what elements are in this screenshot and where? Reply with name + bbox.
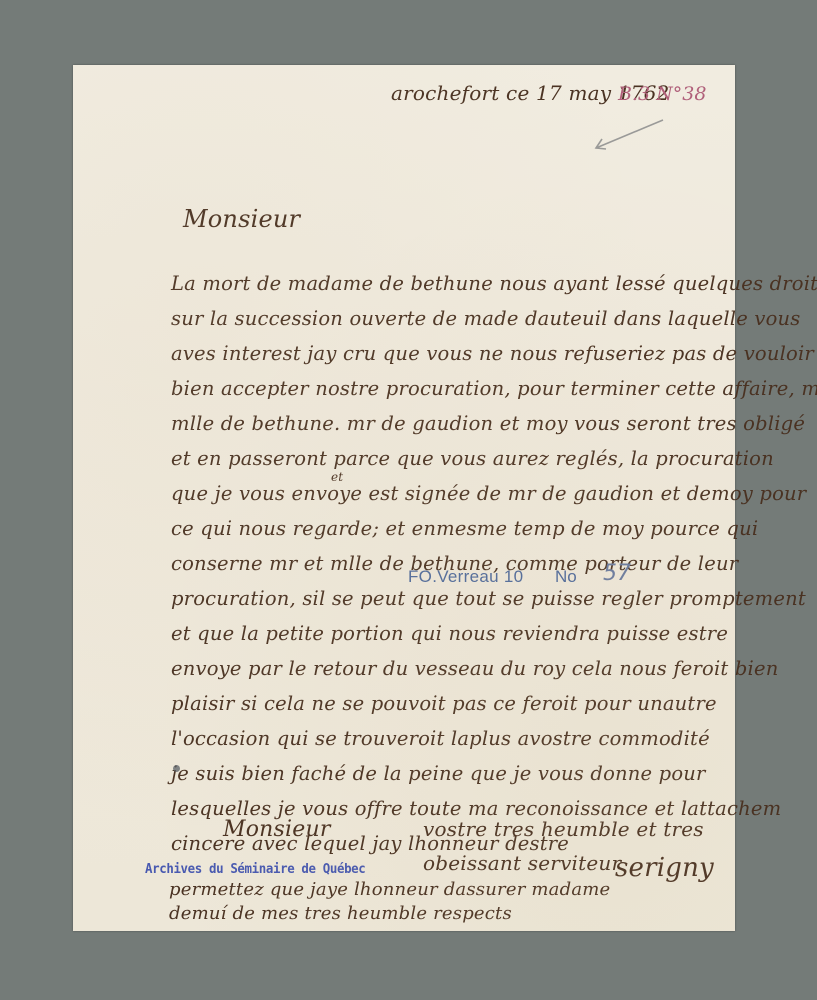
catalog-reference: B.3 N°38 [618, 83, 706, 105]
closing-line: obeissant serviteur [423, 851, 621, 875]
pencil-arrow-icon [588, 115, 668, 155]
body-line: et en passeront parce que vous aurez reg… [171, 447, 774, 470]
body-line: que je vous envoye est signée de mr de g… [171, 482, 806, 505]
body-line: plaisir si cela ne se pouvoit pas ce fer… [171, 692, 717, 715]
body-line: sur la succession ouverte de made dauteu… [171, 307, 800, 330]
interlinear-insertion: et [331, 470, 343, 484]
number-value-stamp: 57 [603, 561, 631, 586]
salutation: Monsieur [183, 205, 300, 233]
verreau-stamp: FO.Verreau 10 [408, 567, 523, 587]
body-line: l'occasion qui se trouveroit laplus avos… [171, 727, 710, 750]
body-line: je suis bien faché de la peine que je vo… [171, 762, 706, 785]
margin-ink-mark [173, 765, 180, 772]
body-line: La mort de madame de bethune nous ayant … [171, 272, 817, 295]
signature: serigny [615, 853, 714, 883]
body-line: envoye par le retour du vesseau du roy c… [171, 657, 778, 680]
letter-page: arochefort ce 17 may 1762 B.3 N°38 Monsi… [73, 65, 735, 931]
body-line: procuration, sil se peut que tout se pui… [171, 587, 806, 610]
body-line: ce qui nous regarde; et enmesme temp de … [171, 517, 758, 540]
closing-line: vostre tres heumble et tres [423, 817, 704, 841]
postscript-line: demuí de mes tres heumble respects [169, 903, 512, 924]
body-line: et que la petite portion qui nous revien… [171, 622, 728, 645]
number-label-stamp: No [555, 567, 577, 587]
body-line: bien accepter nostre procuration, pour t… [171, 377, 817, 400]
closing-salutation: Monsieur [223, 817, 331, 842]
postscript-line: permettez que jaye lhonneur dassurer mad… [169, 879, 610, 900]
body-line: aves interest jay cru que vous ne nous r… [171, 342, 814, 365]
body-line: mlle de bethune. mr de gaudion et moy vo… [171, 412, 805, 435]
archives-stamp: Archives du Séminaire de Québec [145, 861, 365, 877]
